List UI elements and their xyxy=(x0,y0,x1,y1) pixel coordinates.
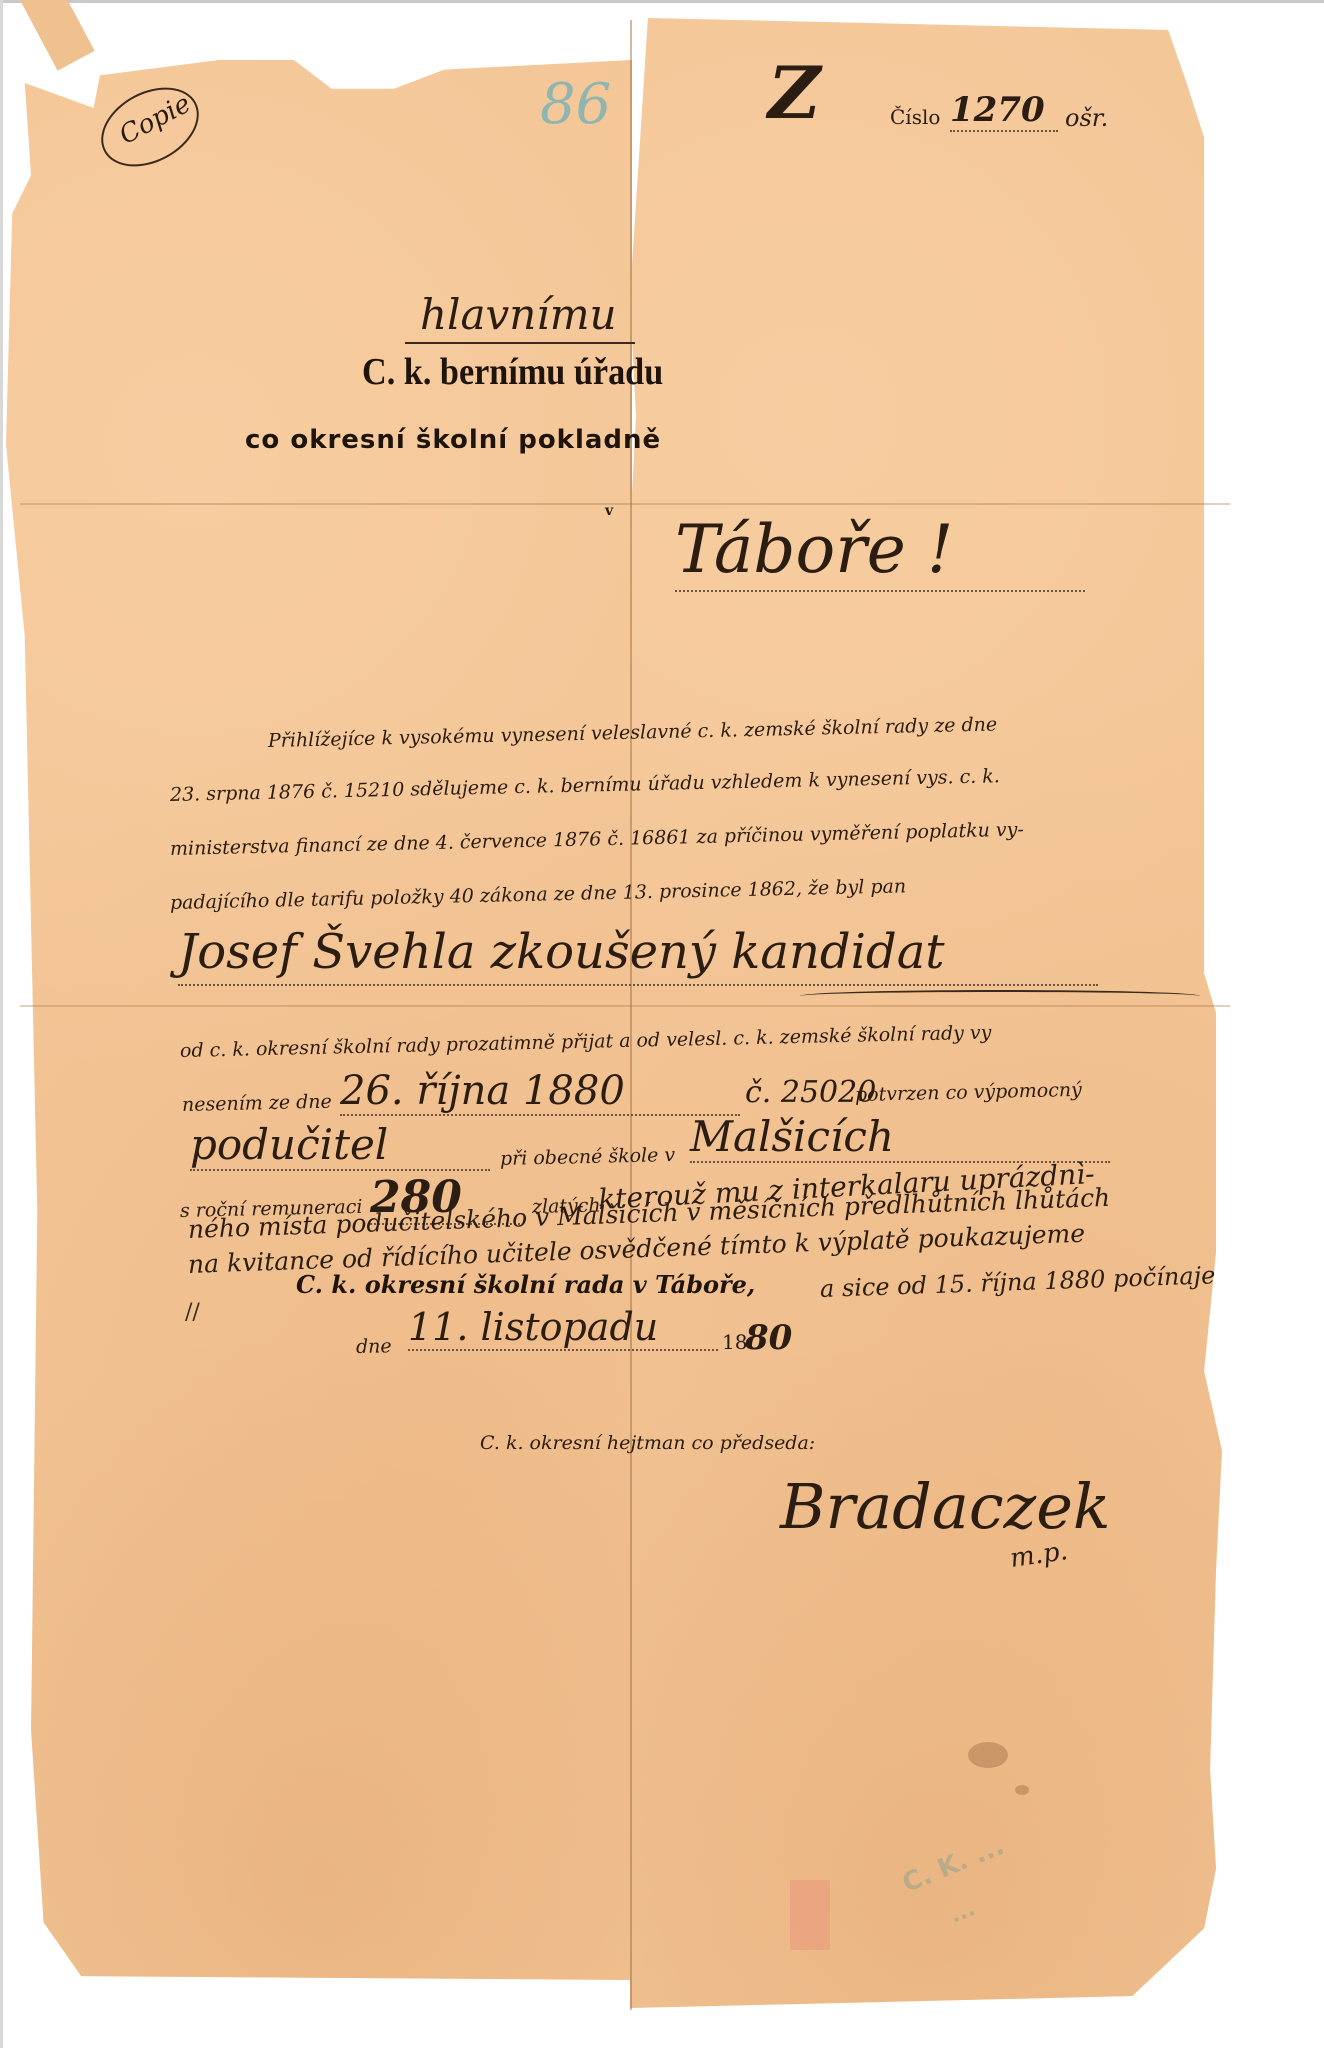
number-symbol: Z xyxy=(768,50,821,135)
body-line-6-prefix: nesením ze dne xyxy=(182,1091,332,1116)
addressee-line1: C. k. bernímu úřadu xyxy=(362,350,663,394)
addressee-line2: co okresní školní pokladně xyxy=(245,425,661,455)
signature-label: C. k. okresní hejtman co předseda: xyxy=(480,1432,815,1454)
wavy-line xyxy=(800,990,1200,1002)
authority-line: C. k. okresní školní rada v Táboře, xyxy=(296,1270,755,1299)
date-year-printed: 18 xyxy=(722,1330,747,1354)
handwritten-insert-hlavnimu: hlavnímu xyxy=(420,290,617,339)
role-handwritten: podučitel xyxy=(190,1120,490,1171)
cislo-value: 1270 xyxy=(950,90,1058,132)
stain xyxy=(1015,1785,1029,1795)
pencil-number: 86 xyxy=(540,72,611,137)
cislo-label: Číslo xyxy=(890,105,940,129)
preposition-v: v xyxy=(605,503,613,519)
faded-red-stamp xyxy=(790,1880,830,1950)
paper-tab xyxy=(20,0,95,71)
name-handwritten: Josef Švehla zkoušený kandidat xyxy=(178,920,1098,986)
date-year-handwritten: 80 xyxy=(745,1318,792,1358)
signature-name: Bradaczek xyxy=(780,1470,1110,1543)
date-handwritten-day-month: 11. listopadu xyxy=(408,1305,718,1351)
vertical-fold xyxy=(630,20,632,2010)
place-handwritten: Táboře ! xyxy=(675,510,1085,592)
date-handwritten: 26. října 1880 xyxy=(340,1068,740,1116)
horizontal-fold xyxy=(20,503,1230,505)
date-prefix: dne xyxy=(356,1335,392,1358)
scan-left-edge xyxy=(0,0,3,2048)
place-malsicich: Malšicích xyxy=(690,1112,1110,1163)
stain xyxy=(968,1742,1008,1768)
body-line-7-mid: při obecné škole v xyxy=(500,1144,676,1170)
cislo-suffix: ošr. xyxy=(1065,104,1108,132)
margin-mark: // xyxy=(185,1300,200,1325)
insert-underline xyxy=(405,342,635,344)
paper-left-half xyxy=(6,60,632,1980)
scan-top-edge xyxy=(0,0,1324,3)
paper-right-half xyxy=(630,18,1228,2008)
horizontal-fold xyxy=(20,1005,1230,1007)
